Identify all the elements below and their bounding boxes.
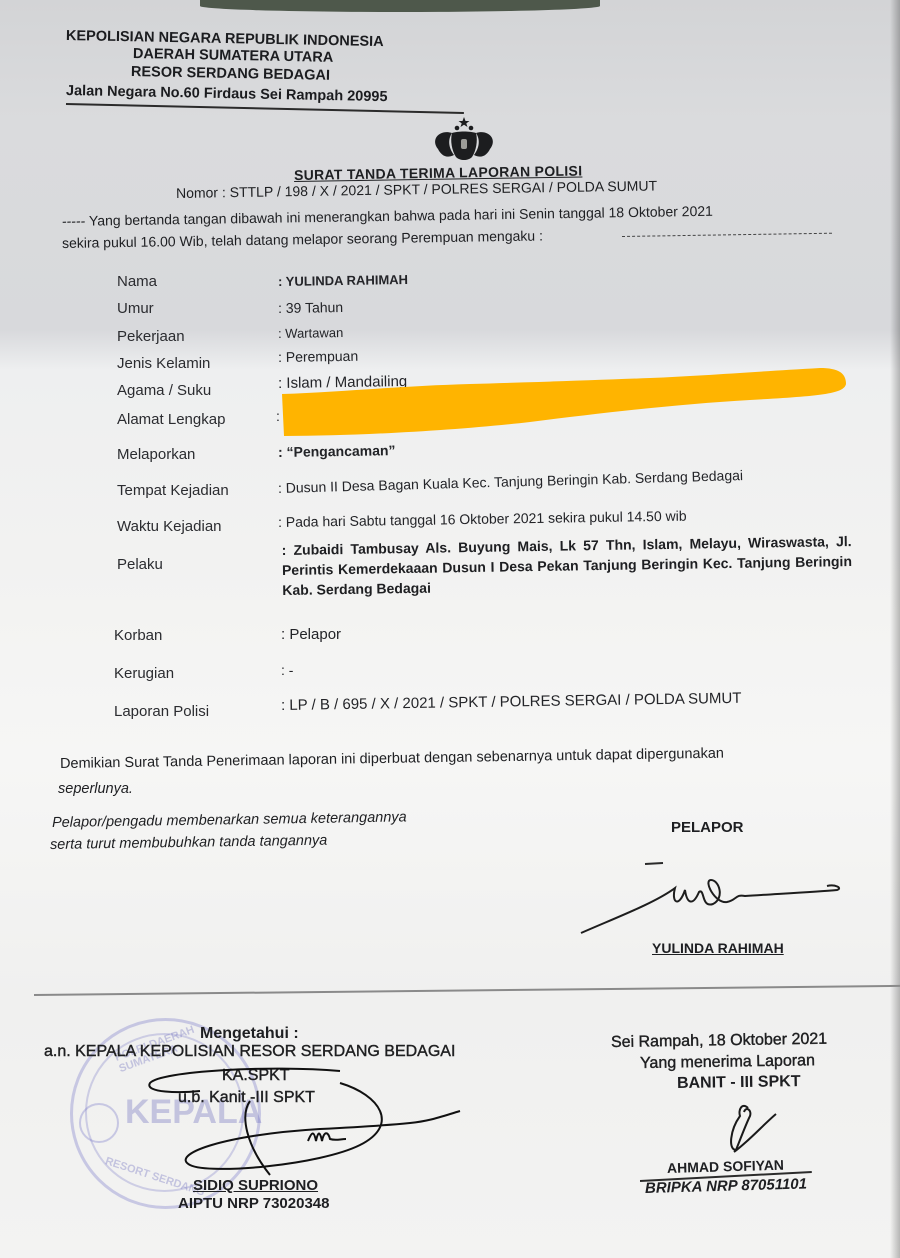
police-emblem-icon <box>428 115 500 165</box>
field-label-waktu-kejadian: Waktu Kejadian <box>117 518 222 535</box>
field-label-alamat: Alamat Lengkap <box>117 411 225 428</box>
right-signature <box>720 1100 800 1160</box>
background-shadow <box>200 0 600 12</box>
field-value-pelaku: : Zubaidi Tambusay Als. Buyung Mais, Lk … <box>282 531 853 600</box>
field-value-melaporkan: : “Pengancaman” <box>278 442 396 460</box>
field-label-tempat-kejadian: Tempat Kejadian <box>117 482 229 499</box>
field-label-korban: Korban <box>114 627 162 644</box>
closing-line-2: seperlunya. <box>58 781 133 797</box>
field-value-korban: : Pelapor <box>281 626 341 643</box>
reporter-name: YULINDA RAHIMAH <box>652 940 784 956</box>
field-label-kerugian: Kerugian <box>114 665 174 682</box>
left-signatory-name: SIDIQ SUPRIONO <box>193 1177 318 1194</box>
right-sign-line-3: BANIT - III SPKT <box>677 1073 801 1093</box>
field-label-pekerjaan: Pekerjaan <box>117 328 185 345</box>
left-sign-line-1: Mengetahui : <box>200 1025 299 1043</box>
field-value-kerugian: : - <box>281 662 293 678</box>
field-label-umur: Umur <box>117 300 154 317</box>
reporter-heading: PELAPOR <box>671 819 744 836</box>
left-signatory-rank: AIPTU NRP 73020348 <box>178 1195 329 1212</box>
field-label-nama: Nama <box>117 273 157 290</box>
right-sign-line-2: Yang menerima Laporan <box>640 1052 815 1073</box>
field-label-melaporkan: Melaporkan <box>117 446 195 463</box>
reporter-signature <box>575 858 845 938</box>
address-redaction <box>280 366 848 438</box>
page-edge-shadow <box>890 0 900 1258</box>
field-label-agama-suku: Agama / Suku <box>117 382 211 399</box>
field-value-jenis-kelamin: : Perempuan <box>278 348 358 365</box>
field-value-umur: : 39 Tahun <box>278 299 343 316</box>
field-label-pelaku: Pelaku <box>117 556 163 573</box>
right-sign-place-date: Sei Rampah, 18 Oktober 2021 <box>611 1031 827 1052</box>
field-label-laporan-polisi: Laporan Polisi <box>114 703 209 720</box>
field-value-pekerjaan: : Wartawan <box>278 325 343 341</box>
field-label-jenis-kelamin: Jenis Kelamin <box>117 355 210 372</box>
field-value-nama: : YULINDA RAHIMAH <box>278 272 408 289</box>
left-sign-line-2: a.n. KEPALA KEPOLISIAN RESOR SERDANG BED… <box>44 1043 455 1061</box>
